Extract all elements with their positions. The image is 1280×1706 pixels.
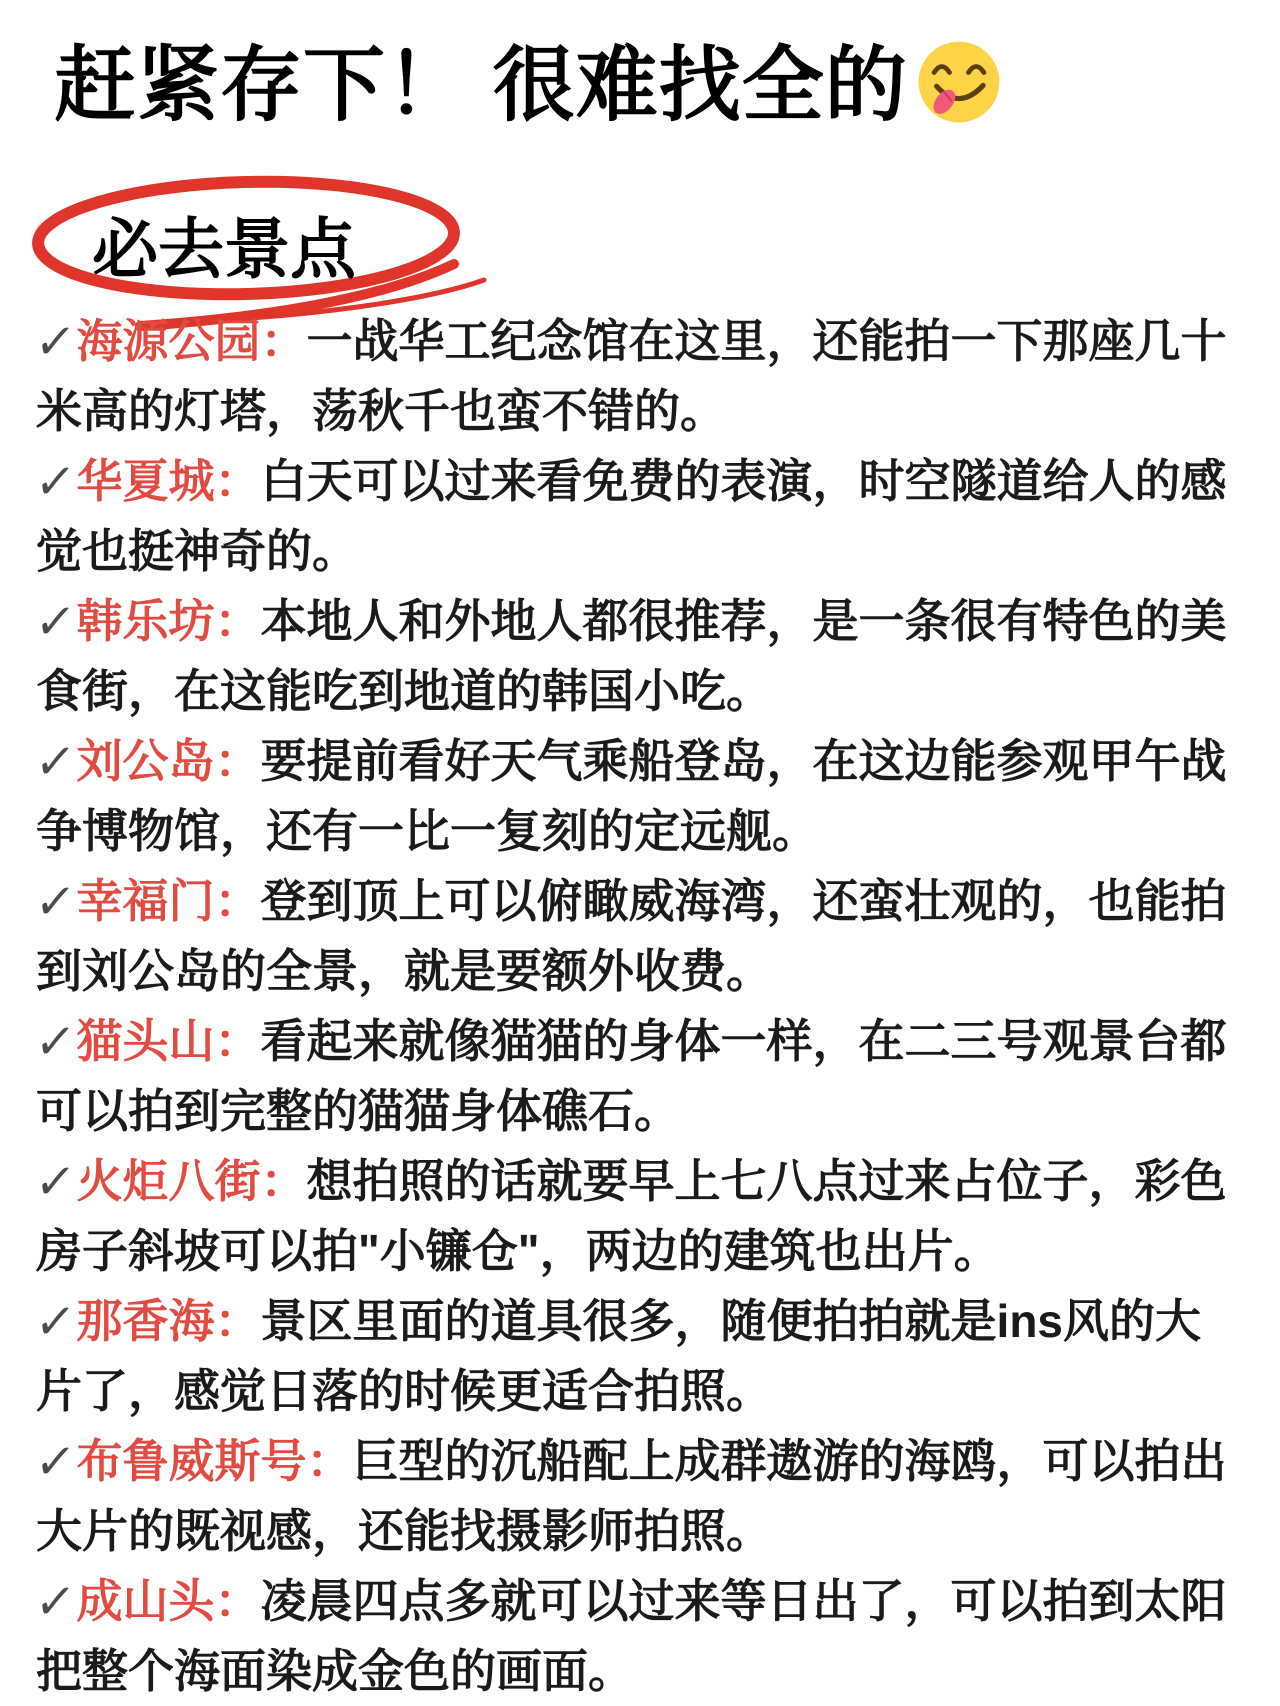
section-heading: 必去景点 xyxy=(92,196,356,291)
list-item: ✓那香海：景区里面的道具很多，随便拍拍就是ins风的大片了，感觉日落的时候更适合… xyxy=(36,1286,1232,1426)
checkmark-icon: ✓ xyxy=(31,1004,80,1078)
page-title: 赶紧存下！ 很难找全的 xyxy=(54,20,1002,145)
checkmark-icon: ✓ xyxy=(31,1424,80,1498)
checkmark-icon: ✓ xyxy=(31,864,80,938)
checkmark-icon: ✓ xyxy=(31,1144,80,1218)
list-item: ✓华夏城：白天可以过来看免费的表演，时空隧道给人的感觉也挺神奇的。 xyxy=(36,446,1232,586)
attraction-name: 火炬八街： xyxy=(77,1155,307,1207)
list-item: ✓韩乐坊：本地人和外地人都很推荐，是一条很有特色的美食街，在这能吃到地道的韩国小… xyxy=(36,586,1232,726)
checkmark-icon: ✓ xyxy=(31,724,80,798)
list-item: ✓刘公岛：要提前看好天气乘船登岛，在这边能参观甲午战争博物馆，还有一比一复刻的定… xyxy=(36,726,1232,866)
attraction-name: 布鲁威斯号： xyxy=(77,1435,353,1487)
attraction-name: 海源公园： xyxy=(77,315,307,367)
list-item: ✓猫头山：看起来就像猫猫的身体一样，在二三号观景台都可以拍到完整的猫猫身体礁石。 xyxy=(36,1006,1232,1146)
page-title-text: 赶紧存下！ 很难找全的 xyxy=(54,40,908,131)
attraction-name: 那香海： xyxy=(77,1295,261,1347)
checkmark-icon: ✓ xyxy=(31,584,80,658)
list-item: ✓布鲁威斯号：巨型的沉船配上成群遨游的海鸥，可以拍出大片的既视感，还能找摄影师拍… xyxy=(36,1426,1232,1566)
attraction-name: 幸福门： xyxy=(77,875,261,927)
attraction-name: 刘公岛： xyxy=(77,735,261,787)
checkmark-icon: ✓ xyxy=(31,304,80,378)
checkmark-icon: ✓ xyxy=(31,1564,80,1638)
attraction-name: 韩乐坊： xyxy=(77,595,261,647)
attraction-name: 成山头： xyxy=(77,1575,261,1627)
list-item: ✓幸福门：登到顶上可以俯瞰威海湾，还蛮壮观的，也能拍到刘公岛的全景，就是要额外收… xyxy=(36,866,1232,1006)
list-item: ✓火炬八街：想拍照的话就要早上七八点过来占位子，彩色房子斜坡可以拍"小镰仓"，两… xyxy=(36,1146,1232,1286)
attraction-name: 猫头山： xyxy=(77,1015,261,1067)
attraction-name: 华夏城： xyxy=(77,455,261,507)
list-item: ✓成山头：凌晨四点多就可以过来等日出了，可以拍到太阳把整个海面染成金色的画面。 xyxy=(36,1566,1232,1706)
face-savoring-food-emoji xyxy=(916,39,1002,145)
list-item: ✓海源公园：一战华工纪念馆在这里，还能拍一下那座几十米高的灯塔，荡秋千也蛮不错的… xyxy=(36,306,1232,446)
attraction-list: ✓海源公园：一战华工纪念馆在这里，还能拍一下那座几十米高的灯塔，荡秋千也蛮不错的… xyxy=(36,306,1232,1706)
checkmark-icon: ✓ xyxy=(31,1284,80,1358)
checkmark-icon: ✓ xyxy=(31,444,80,518)
